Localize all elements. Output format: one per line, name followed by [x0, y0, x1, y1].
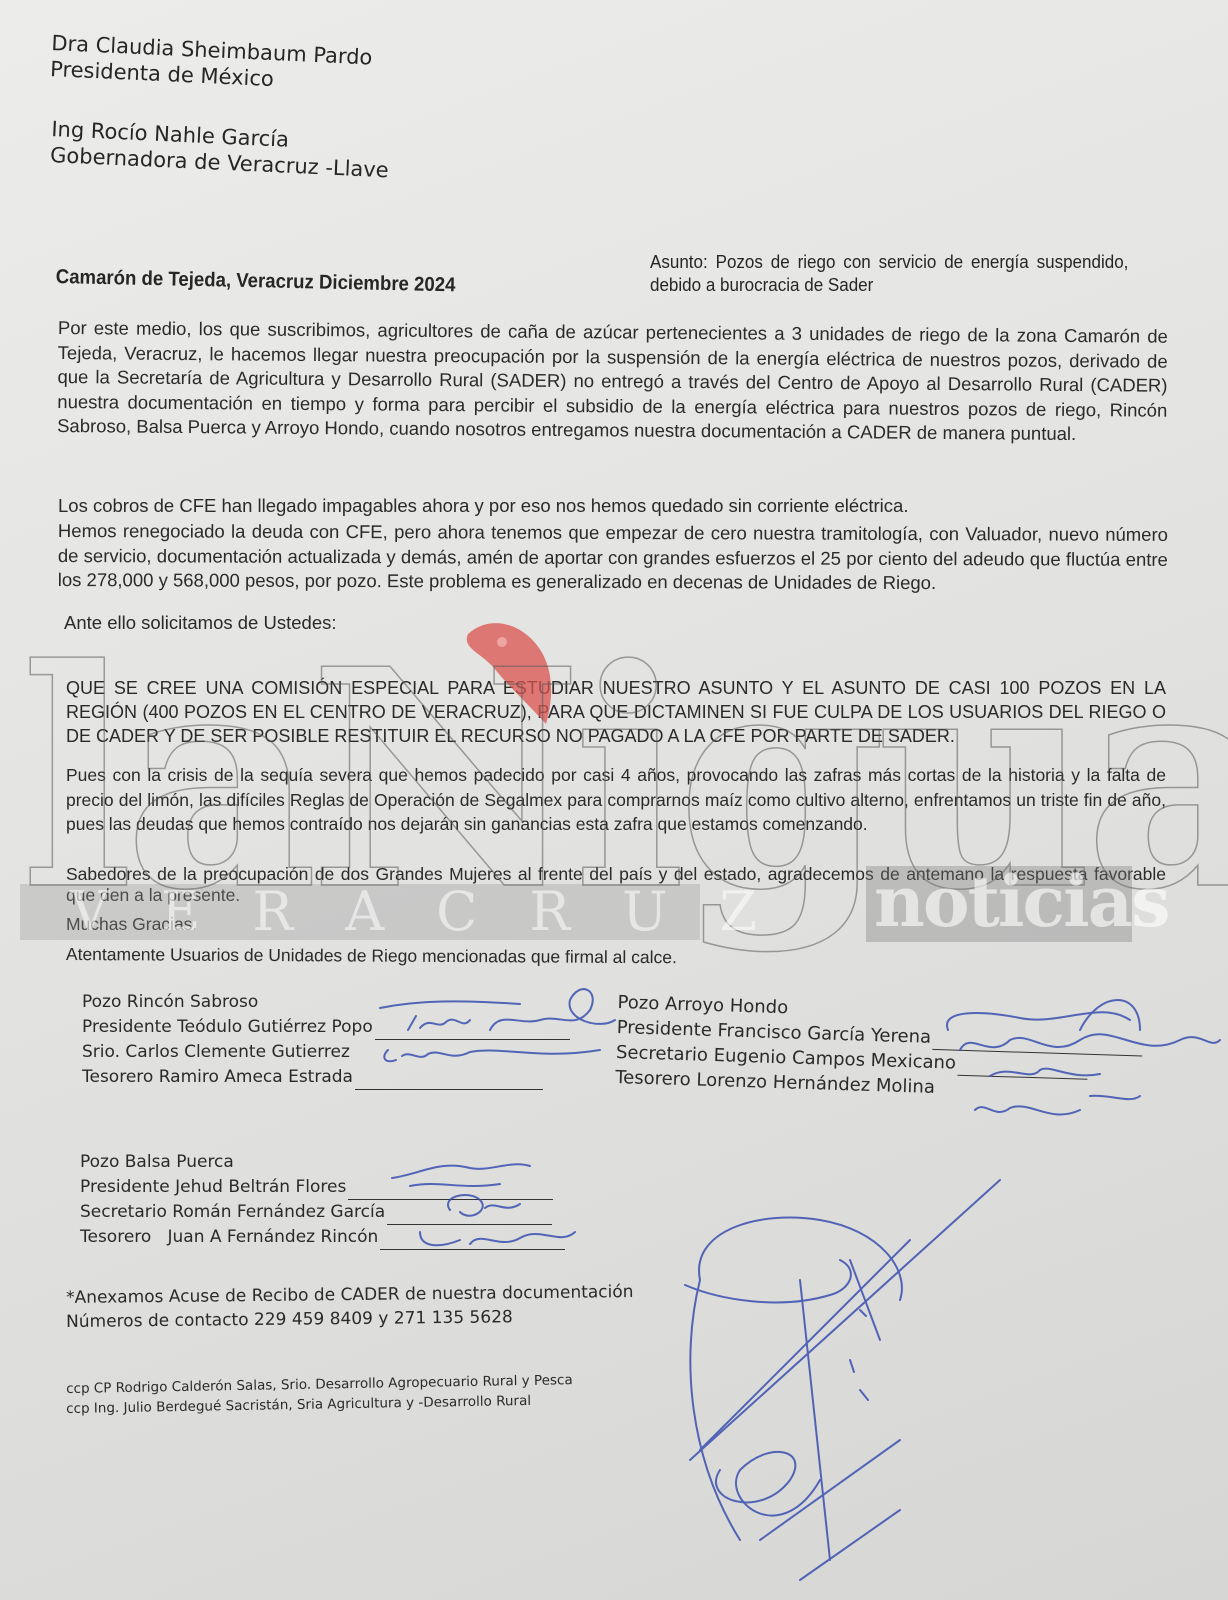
paragraph-cfe-charges: Los cobros de CFE han llegado impagables… [58, 494, 1168, 519]
watermark-region: VERACRUZ [70, 880, 809, 943]
signature-line: Tesorero Juan A Fernández Rincón [80, 1225, 565, 1250]
letter-page: Dra Claudia Sheimbaum Pardo Presidenta d… [0, 0, 1228, 1600]
paragraph-renegotiation: Hemos renegociado la deuda con CFE, pero… [58, 519, 1168, 596]
place-date: Camarón de Tejeda, Veracruz Diciembre 20… [56, 266, 456, 297]
request-block: QUE SE CREE UNA COMISIÓN ESPECIAL PARA E… [66, 676, 1166, 748]
paragraph-drought: Pues con la crisis de la sequía severa q… [66, 763, 1166, 837]
signatory-block-arroyo-hondo: Pozo Arroyo Hondo Presidente Francisco G… [615, 990, 1144, 1106]
signature-line: Presidente Jehud Beltrán Flores [80, 1175, 565, 1200]
watermark-logo-icon [450, 614, 570, 734]
signature-line: Presidente Teódulo Gutiérrez Popo [82, 1015, 570, 1040]
pozo-name: Pozo Rincón Sabroso [82, 990, 570, 1015]
signatory-block-rincon-sabroso: Pozo Rincón Sabroso Presidente Teódulo G… [82, 990, 570, 1090]
addressee-2: Ing Rocío Nahle García Gobernadora de Ve… [50, 116, 391, 183]
subject-line: Asunto: Pozos de riego con servicio de e… [650, 250, 1128, 296]
watermark-section: noticias [874, 860, 1169, 943]
annex-note: *Anexamos Acuse de Recibo de CADER de nu… [66, 1280, 634, 1310]
addressee-1: Dra Claudia Sheimbaum Pardo Presidenta d… [50, 30, 373, 97]
pozo-name: Pozo Balsa Puerca [80, 1150, 565, 1175]
contact-numbers: Números de contacto 229 459 8409 y 271 1… [66, 1305, 513, 1334]
signature-line: Srio. Carlos Clemente Gutierrez [82, 1040, 570, 1065]
signature-line: Secretario Román Fernández García [80, 1200, 565, 1225]
signature-line: Tesorero Ramiro Ameca Estrada [82, 1065, 570, 1090]
paragraph-intro: Por este medio, los que suscribimos, agr… [57, 316, 1168, 447]
closing-signoff: Atentamente Usuarios de Unidades de Rieg… [66, 942, 1176, 972]
signatory-block-balsa-puerca: Pozo Balsa Puerca Presidente Jehud Beltr… [80, 1150, 565, 1250]
paragraph-request-intro: Ante ello solicitamos de Ustedes: [64, 611, 1174, 636]
